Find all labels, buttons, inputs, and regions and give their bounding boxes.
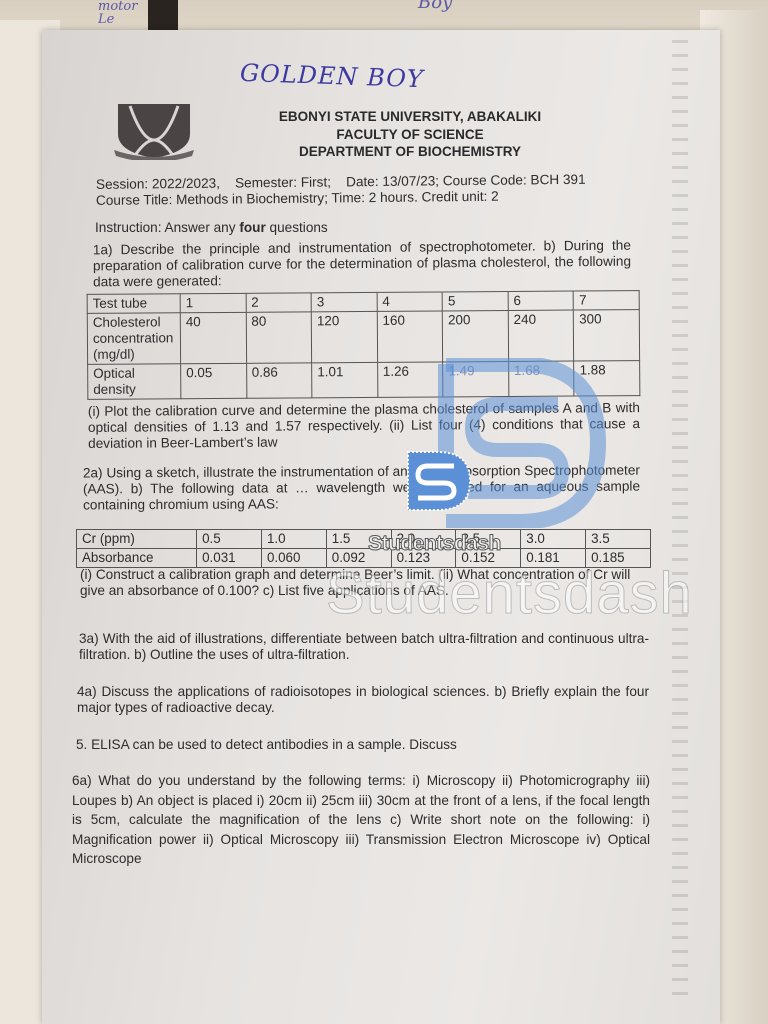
question-1-intro: 1a) Describe the principle and instrumen… — [93, 238, 631, 291]
watermark-text: Studentsdash — [326, 560, 693, 627]
row-label: Cr (ppm) — [77, 530, 197, 549]
row-label: Absorbance — [77, 549, 197, 568]
instruction-emphasis: four — [239, 220, 265, 235]
table-cell: 4 — [377, 292, 443, 311]
table-cell: 7 — [574, 291, 640, 310]
table-cell: 6 — [508, 291, 574, 310]
question-3: 3a) With the aid of illustrations, diffe… — [79, 631, 649, 663]
question-4: 4a) Discuss the applications of radioiso… — [77, 684, 649, 716]
row-label: Test tube — [87, 294, 180, 314]
table-cell: 1.01 — [312, 362, 378, 397]
table-row: Cr (ppm)0.51.01.52.02.53.03.5 — [77, 530, 651, 549]
table-cell: 120 — [311, 311, 377, 362]
table-cell: 3.0 — [521, 530, 586, 549]
table-cell: 200 — [443, 310, 509, 361]
table-cell: 160 — [377, 311, 443, 362]
table-cell: 300 — [574, 310, 640, 361]
table-cell: 0.060 — [261, 549, 326, 568]
table-cell: 0.031 — [197, 549, 262, 568]
table-cell: 3 — [311, 292, 377, 311]
row-label: Optical density — [88, 364, 181, 400]
background-handwriting-left: motor Le — [98, 0, 137, 26]
instruction-prefix: Instruction: Answer any — [95, 220, 239, 235]
table-cell: 5 — [442, 291, 508, 310]
background-handwriting-center: Boy — [418, 0, 452, 13]
table-cell: 0.86 — [246, 363, 312, 398]
table-cell: 3.5 — [586, 530, 651, 549]
watermark-small-logo-icon — [404, 448, 474, 514]
table-cell: 0.05 — [181, 363, 247, 398]
table-cell: 2 — [246, 293, 312, 312]
row-label: Cholesterol concentration (mg/dl) — [87, 313, 180, 365]
table-cell: 1 — [180, 293, 246, 312]
instruction: Instruction: Answer any four questions — [95, 220, 328, 236]
department-name: DEPARTMENT OF BIOCHEMISTRY — [240, 144, 580, 159]
question-6: 6a) What do you understand by the follow… — [72, 771, 650, 869]
table-cell: 1.0 — [261, 530, 326, 549]
table-cell: 1.26 — [377, 362, 443, 397]
table-cell: 0.5 — [197, 530, 262, 549]
university-name: EBONYI STATE UNIVERSITY, ABAKALIKI — [240, 109, 580, 124]
instruction-suffix: questions — [266, 220, 328, 235]
faculty-name: FACULTY OF SCIENCE — [240, 127, 580, 142]
table-cell: 80 — [246, 312, 312, 363]
paper-edge-smudge — [672, 40, 688, 1000]
watermark-small-text: Studentsdash — [368, 532, 501, 556]
university-crest-icon — [112, 100, 196, 160]
table-cell: 240 — [508, 310, 574, 361]
table-row: Cholesterol concentration (mg/dl)4080120… — [87, 310, 639, 365]
table-cell: 40 — [180, 312, 246, 363]
question-5: 5. ELISA can be used to detect antibodie… — [76, 737, 648, 753]
